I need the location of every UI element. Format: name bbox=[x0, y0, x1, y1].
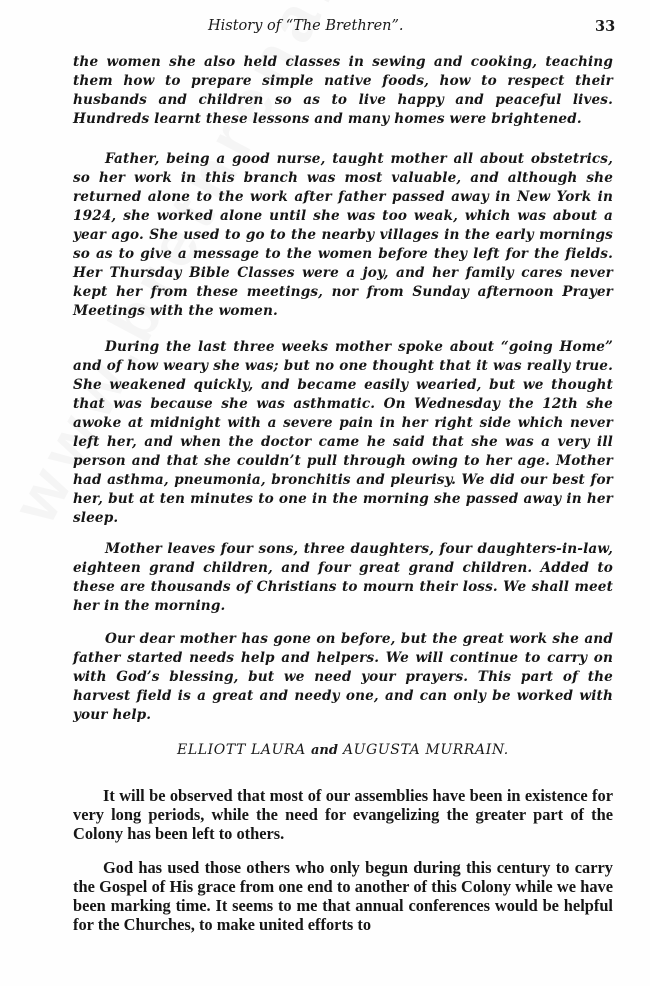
paragraph-father-nurse: Father, being a good nurse, taught mothe… bbox=[73, 150, 613, 321]
paragraph-last-weeks: During the last three weeks mother spoke… bbox=[73, 338, 613, 528]
document-page: www.brethrenarchive.org History of “The … bbox=[0, 0, 650, 986]
signature-name-2: AUGUSTA MURRAIN. bbox=[343, 742, 509, 758]
running-title: History of “The Brethren”. bbox=[208, 18, 404, 34]
paragraph-dear-mother: Our dear mother has gone on before, but … bbox=[73, 630, 613, 725]
paragraph-women-classes: the women she also held classes in sewin… bbox=[73, 53, 613, 129]
paragraph-assemblies: It will be observed that most of our ass… bbox=[73, 786, 613, 843]
page-number: 33 bbox=[595, 18, 615, 35]
signature: ELLIOTT LAURA and AUGUSTA MURRAIN. bbox=[177, 742, 509, 758]
signature-conjunction: and bbox=[311, 743, 338, 758]
paragraph-mother-leaves: Mother leaves four sons, three daughters… bbox=[73, 540, 613, 616]
running-header: History of “The Brethren”. 33 bbox=[0, 18, 650, 40]
signature-name-1: ELLIOTT LAURA bbox=[177, 742, 306, 758]
paragraph-god-used-others: God has used those others who only begun… bbox=[73, 858, 613, 934]
